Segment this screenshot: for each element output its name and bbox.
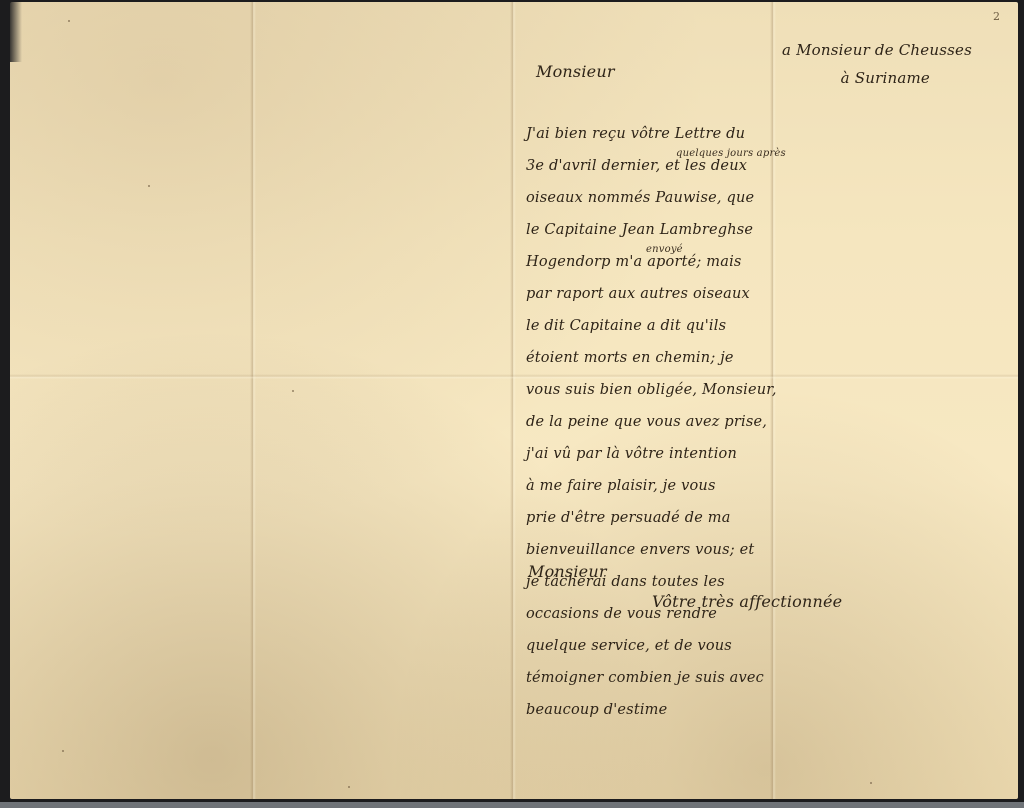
vertical-fold-2 xyxy=(510,2,516,799)
address-line-1: a Monsieur de Cheusses xyxy=(782,36,972,64)
horizontal-fold xyxy=(10,374,1018,379)
body-line: étoient morts en chemin; je xyxy=(526,342,777,374)
body-line: vous suis bien obligée, Monsieur, xyxy=(526,374,777,406)
salutation: Monsieur xyxy=(536,62,615,81)
body-line: envoyé Hogendorp m'a aporté; mais xyxy=(526,246,777,278)
body-line: témoigner combien je suis avec xyxy=(526,662,777,694)
interlinear-insert: quelques jours après xyxy=(676,138,786,170)
body-line: prie d'être persuadé de ma xyxy=(526,502,777,534)
letter-sheet: 2 xyxy=(10,2,1018,799)
body-line: quelque service, et de vous xyxy=(526,630,777,662)
closing: Monsieur xyxy=(528,562,607,581)
body-line: de la peine que vous avez prise, xyxy=(526,406,777,438)
interlinear-insert: envoyé xyxy=(646,234,683,266)
body-line: par raport aux autres oiseaux xyxy=(526,278,777,310)
body-line: oiseaux nommés Pauwise, que xyxy=(526,182,777,214)
body-line: quelques jours après 3e d'avril dernier,… xyxy=(526,150,777,182)
body-line: j'ai vû par là vôtre intention xyxy=(526,438,777,470)
vertical-fold-1 xyxy=(250,2,256,799)
body-line: à me faire plaisir, je vous xyxy=(526,470,777,502)
address-line-2: à Suriname xyxy=(782,64,930,92)
address-block: a Monsieur de Cheusses à Suriname xyxy=(782,36,972,92)
page-number: 2 xyxy=(993,10,1000,23)
body-line: le dit Capitaine a dit qu'ils xyxy=(526,310,777,342)
letter-body: J'ai bien reçu vôtre Lettre du quelques … xyxy=(526,118,777,726)
body-line: beaucoup d'estime xyxy=(526,694,777,726)
signature: Vôtre très affectionnée xyxy=(652,592,842,611)
scanner-bottom-strip xyxy=(0,802,1024,808)
